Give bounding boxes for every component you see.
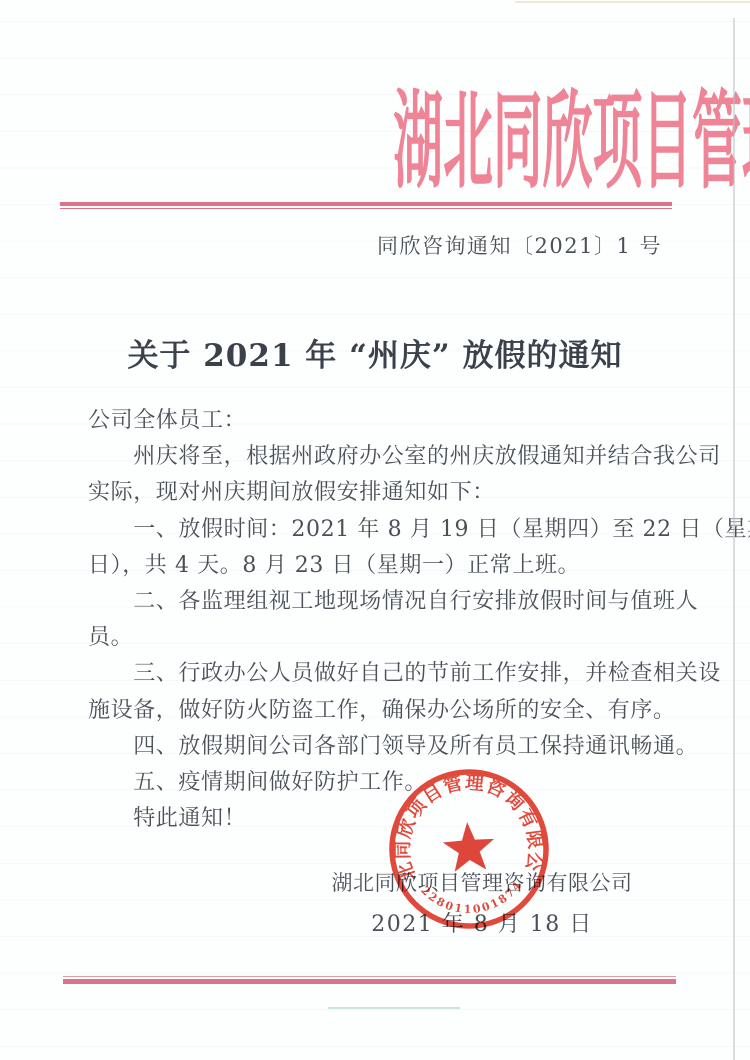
body-line: 三、行政办公人员做好自己的节前工作安排，并检查相关设 <box>88 656 688 692</box>
seal-star-icon <box>441 820 496 872</box>
scan-teal-mark <box>328 1007 460 1009</box>
body-line: 公司全体员工： <box>88 403 688 439</box>
body-line: 州庆将至，根据州政府办公室的州庆放假通知并结合我公司 <box>88 439 688 475</box>
footer-rule-thin <box>63 976 676 978</box>
body-line: 日），共 4 天。8 月 23 日（星期一）正常上班。 <box>88 548 688 584</box>
scanned-notice-document: 湖北同欣项目管理咨询有限公司 同欣咨询通知〔2021〕1 号 关于 2021 年… <box>0 0 750 1060</box>
scan-page-edge <box>733 18 735 1060</box>
body-line: 施设备，做好防火防盗工作，确保办公场所的安全、有序。 <box>88 693 688 729</box>
scan-top-streak <box>515 1 750 3</box>
letterhead-rule-thin <box>60 208 672 210</box>
letterhead-rule-thick <box>60 202 672 206</box>
seal-arc-text: 湖北同欣项目管理咨询有限公司 <box>346 726 547 887</box>
body-line: 员。 <box>88 620 688 656</box>
body-line: 二、各监理组视工地现场情况自行安排放假时间与值班人 <box>88 584 688 620</box>
body-line: 一、放假时间：2021 年 8 月 19 日（星期四）至 22 日（星期 <box>88 512 688 548</box>
letterhead: 湖北同欣项目管理咨询有限公司 <box>0 88 750 194</box>
footer-rule-thick <box>63 979 676 984</box>
document-number: 同欣咨询通知〔2021〕1 号 <box>377 230 662 260</box>
body-line: 实际，现对州庆期间放假安排通知如下： <box>88 475 688 511</box>
official-seal: 湖北同欣项目管理咨询有限公司 42280110018742 <box>346 726 591 971</box>
notice-title: 关于 2021 年 “州庆” 放假的通知 <box>0 330 750 375</box>
letterhead-company-name: 湖北同欣项目管理咨询有限公司 <box>393 88 750 194</box>
seal-number: 42280110018742 <box>346 726 527 924</box>
